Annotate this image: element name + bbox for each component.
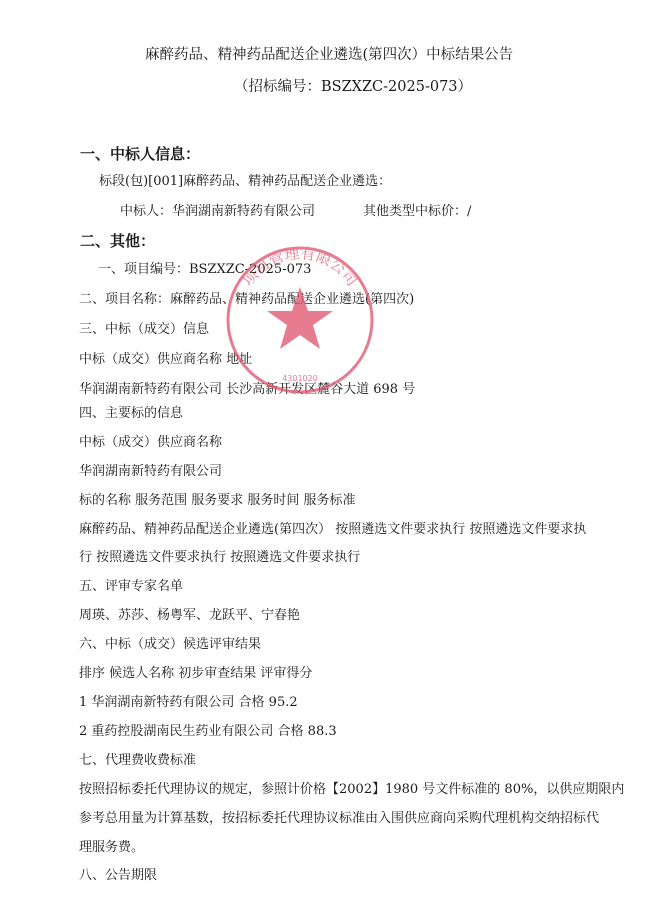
award-table-row: 华润湖南新特药有限公司 长沙高新开发区麓谷大道 698 号 — [79, 381, 415, 399]
document-title: 麻醉药品、精神药品配送企业遴选(第四次）中标结果公告 — [145, 46, 513, 64]
supplier-header: 中标（成交）供应商名称 — [79, 434, 222, 452]
project-number: 一、项目编号：BSZXZC-2025-073 — [98, 261, 311, 279]
section-agency-fee: 七、代理费收费标准 — [79, 752, 196, 770]
supplier-name: 华润湖南新特药有限公司 — [79, 463, 222, 481]
review-table-row: 2 重药控股湖南民生药业有限公司 合格 88.3 — [79, 723, 337, 741]
section-review-results: 六、中标（成交）候选评审结果 — [79, 636, 261, 654]
document-subtitle: （招标编号：BSZXZC-2025-073） — [234, 78, 472, 96]
lot-label: 标段(包)[001]麻醉药品、精神药品配送企业遴选： — [99, 173, 391, 191]
review-table-row: 1 华润湖南新特药有限公司 合格 95.2 — [79, 694, 298, 712]
section-heading-other: 二、其他： — [80, 232, 155, 250]
fee-paragraph-line: 参考总用量为计算基数，按招标委托代理协议标准由入围供应商向采购代理机构交纳招标代 — [79, 810, 599, 828]
fee-paragraph-line: 理服务费。 — [79, 839, 144, 857]
award-table-header: 中标（成交）供应商名称 地址 — [79, 351, 252, 369]
subject-table-row-cont: 行 按照遴选文件要求执行 按照遴选文件要求执行 — [79, 549, 360, 567]
other-price: 其他类型中标价：/ — [363, 203, 471, 221]
project-name: 二、项目名称：麻醉药品、精神药品配送企业遴选(第四次) — [79, 291, 414, 309]
expert-list: 周瑛、苏莎、杨粤军、龙跃平、宁春艳 — [79, 607, 300, 625]
subject-table-row: 麻醉药品、精神药品配送企业遴选(第四次） 按照遴选文件要求执行 按照遴选文件要求… — [79, 521, 586, 539]
section-experts: 五、评审专家名单 — [79, 578, 183, 596]
section-award-info: 三、中标（成交）信息 — [79, 321, 209, 339]
subject-table-header: 标的名称 服务范围 服务要求 服务时间 服务标准 — [79, 492, 356, 510]
section-heading-winner-info: 一、中标人信息： — [80, 145, 200, 163]
review-table-header: 排序 候选人名称 初步审查结果 评审得分 — [79, 665, 312, 683]
section-announcement-period: 八、公告期限 — [79, 867, 157, 885]
winner-name: 中标人：华润湖南新特药有限公司 — [120, 203, 315, 221]
fee-paragraph-line: 按照招标委托代理协议的规定，参照计价格【2002】1980 号文件标准的 80%… — [79, 781, 624, 799]
section-main-subject: 四、主要标的信息 — [79, 405, 183, 423]
